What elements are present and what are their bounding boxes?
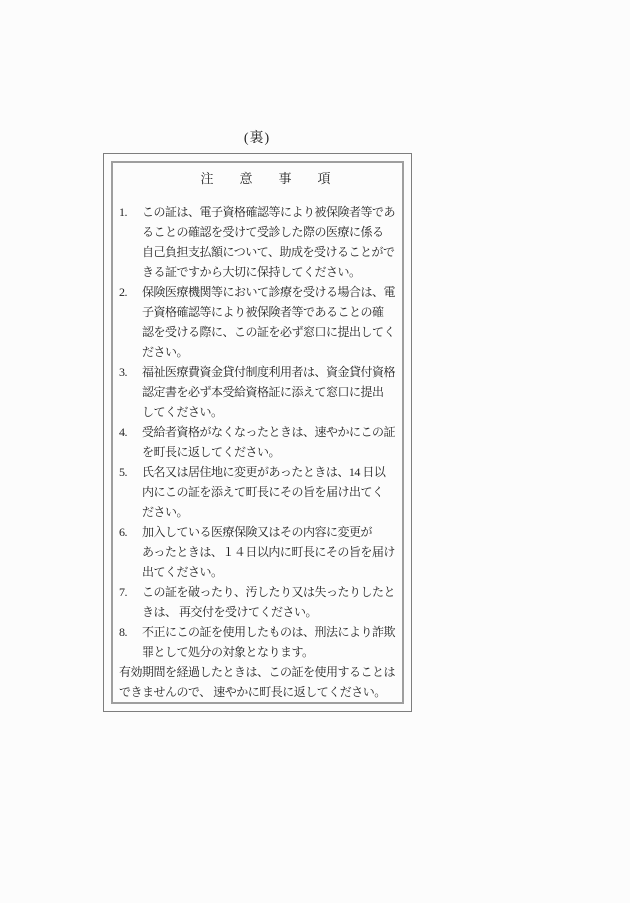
notice-panel: 注 意 事 項 1. この証は、電子資格確認等により被保険者等であ ることの確認…	[111, 161, 404, 704]
item-number: 8.	[119, 622, 142, 642]
item-number: 6.	[119, 522, 142, 542]
item-number: 2.	[119, 282, 142, 302]
item-text: 加入している医療保険又はその内容に変更が あったときは、１４日以内に町長にその旨…	[142, 522, 398, 582]
item-text: 氏名又は居住地に変更があったときは、14 日以 内にこの証を添えて町長にその旨を…	[142, 462, 398, 522]
notice-item-5: 5. 氏名又は居住地に変更があったときは、14 日以 内にこの証を添えて町長にそ…	[119, 462, 398, 522]
item-text: この証を破ったり、汚したり又は失ったりしたと きは、 再交付を受けてください。	[142, 582, 398, 622]
item-number: 1.	[119, 202, 142, 222]
notice-item-4: 4. 受給者資格がなくなったときは、速やかにこの証 を町長に返してください。	[119, 422, 398, 462]
item-text: 受給者資格がなくなったときは、速やかにこの証 を町長に返してください。	[142, 422, 398, 462]
item-text: この証は、電子資格確認等により被保険者等であ ることの確認を受けて受診した際の医…	[142, 202, 398, 282]
document-page: (裏) 注 意 事 項 1. この証は、電子資格確認等により被保険者等であ るこ…	[0, 0, 630, 903]
notice-item-7: 7. この証を破ったり、汚したり又は失ったりしたと きは、 再交付を受けてくださ…	[119, 582, 398, 622]
item-number: 7.	[119, 582, 142, 602]
notice-footer: 有効期間を経過したときは、この証を使用することは できませんので、 速やかに町長…	[119, 662, 398, 702]
notice-title: 注 意 事 項	[133, 170, 398, 188]
notice-item-8: 8. 不正にこの証を使用したものは、刑法により詐欺 罪として処分の対象となります…	[119, 622, 398, 662]
item-number: 3.	[119, 362, 142, 382]
notice-outer-border: 注 意 事 項 1. この証は、電子資格確認等により被保険者等であ ることの確認…	[103, 153, 412, 712]
item-text: 保険医療機関等において診療を受ける場合は、電 子資格確認等により被保険者等である…	[142, 282, 398, 362]
notice-item-list: 1. この証は、電子資格確認等により被保険者等であ ることの確認を受けて受診した…	[119, 202, 398, 662]
item-text: 不正にこの証を使用したものは、刑法により詐欺 罪として処分の対象となります。	[142, 622, 398, 662]
item-number: 4.	[119, 422, 142, 442]
notice-item-1: 1. この証は、電子資格確認等により被保険者等であ ることの確認を受けて受診した…	[119, 202, 398, 282]
notice-item-3: 3. 福祉医療費資金貸付制度利用者は、資金貸付資格 認定書を必ず本受給資格証に添…	[119, 362, 398, 422]
notice-item-6: 6. 加入している医療保険又はその内容に変更が あったときは、１４日以内に町長に…	[119, 522, 398, 582]
item-text: 福祉医療費資金貸付制度利用者は、資金貸付資格 認定書を必ず本受給資格証に添えて窓…	[142, 362, 398, 422]
item-number: 5.	[119, 462, 142, 482]
notice-item-2: 2. 保険医療機関等において診療を受ける場合は、電 子資格確認等により被保険者等…	[119, 282, 398, 362]
side-label: (裏)	[103, 129, 411, 148]
